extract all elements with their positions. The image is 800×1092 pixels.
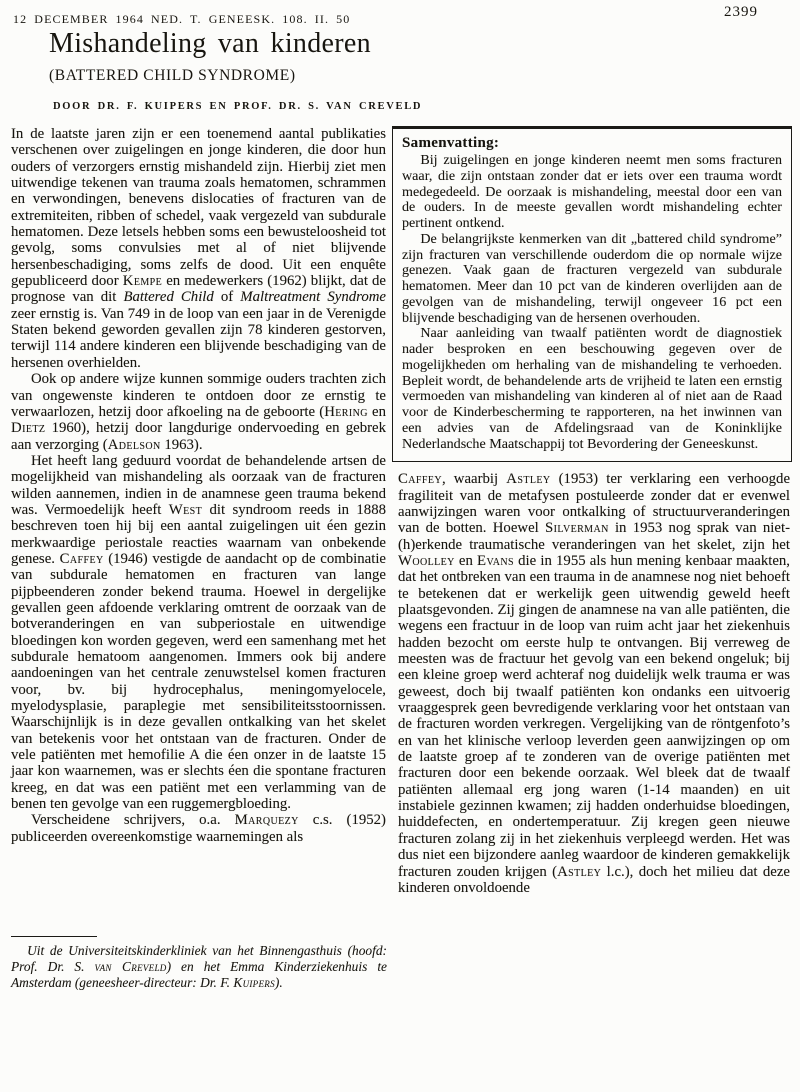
article-title: Mishandeling van kinderen: [49, 28, 371, 60]
right-column-text: Caffey, waarbij Astley (1953) ter verkla…: [398, 471, 790, 896]
paragraph: Ook op andere wijze kunnen sommige ouder…: [11, 371, 386, 453]
byline: DOOR DR. F. KUIPERS EN PROF. DR. S. VAN …: [53, 101, 422, 112]
paragraph: In de laatste jaren zijn er een toenemen…: [11, 126, 386, 371]
paragraph: Verscheidene schrijvers, o.a. Marquezy c…: [11, 812, 386, 845]
page-number: 2399: [724, 4, 758, 21]
footnote: Uit de Universiteitskinderkliniek van he…: [11, 943, 387, 992]
left-column-text: In de laatste jaren zijn er een toenemen…: [11, 126, 386, 845]
paragraph: Het heeft lang geduurd voordat de behand…: [11, 453, 386, 813]
left-column: In de laatste jaren zijn er een toenemen…: [11, 126, 386, 845]
paragraph: Naar aanleiding van twaalf patiënten wor…: [402, 326, 782, 452]
journal-header-line: 12 DECEMBER 1964 NED. T. GENEESK. 108. I…: [13, 12, 350, 27]
paragraph: De belangrijkste kenmerken van dit „batt…: [402, 232, 782, 327]
right-column: Samenvatting: Bij zuigelingen en jonge k…: [392, 126, 792, 896]
article-subtitle: (BATTERED CHILD SYNDROME): [49, 67, 296, 85]
journal-page: 12 DECEMBER 1964 NED. T. GENEESK. 108. I…: [0, 0, 800, 1092]
summary-box: Samenvatting: Bij zuigelingen en jonge k…: [392, 126, 792, 462]
footnote-block: Uit de Universiteitskinderkliniek van he…: [11, 936, 387, 992]
paragraph: Bij zuigelingen en jonge kinderen neemt …: [402, 153, 782, 232]
footnote-rule: [11, 936, 97, 937]
paragraph: Caffey, waarbij Astley (1953) ter verkla…: [398, 471, 790, 896]
summary-heading: Samenvatting:: [402, 134, 782, 153]
summary-text: Bij zuigelingen en jonge kinderen neemt …: [402, 153, 782, 452]
